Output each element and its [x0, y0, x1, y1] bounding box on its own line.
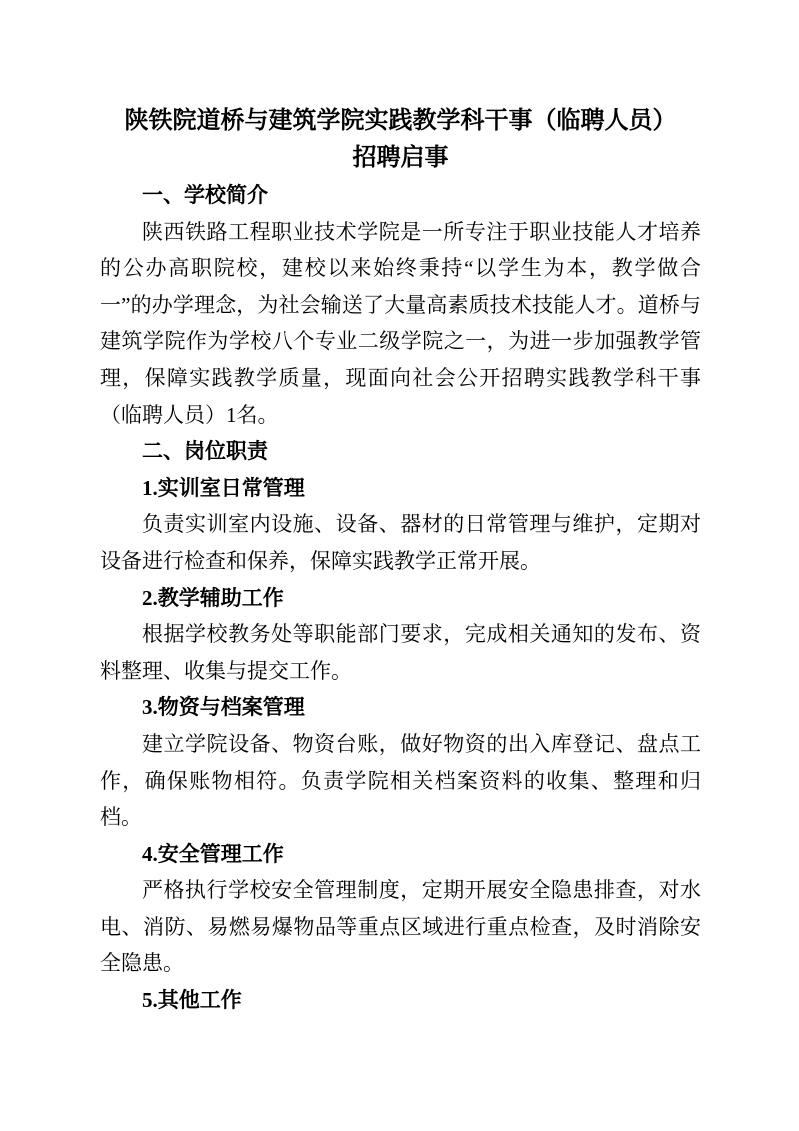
document-title: 陕铁院道桥与建筑学院实践教学科干事（临聘人员） 招聘启事 [100, 103, 701, 177]
duty-4-heading: 4.安全管理工作 [100, 836, 701, 873]
section-heading-job-duties: 二、岗位职责 [100, 433, 701, 470]
duty-4-paragraph: 严格执行学校安全管理制度，定期开展安全隐患排查，对水电、消防、易燃易爆物品等重点… [100, 872, 701, 982]
duty-1-heading: 1.实训室日常管理 [100, 470, 701, 507]
duty-2-heading: 2.教学辅助工作 [100, 580, 701, 617]
paragraph-school-intro: 陕西铁路工程职业技术学院是一所专注于职业技能人才培养的公办高职院校，建校以来始终… [100, 214, 701, 434]
duty-3-paragraph: 建立学院设备、物资台账，做好物资的出入库登记、盘点工作，确保账物相符。负责学院相… [100, 726, 701, 836]
duty-5-heading: 5.其他工作 [100, 982, 701, 1019]
duty-2-paragraph: 根据学校教务处等职能部门要求，完成相关通知的发布、资料整理、收集与提交工作。 [100, 616, 701, 689]
document-title-line-2: 招聘启事 [100, 140, 701, 177]
duty-3-heading: 3.物资与档案管理 [100, 689, 701, 726]
document-content: 陕铁院道桥与建筑学院实践教学科干事（临聘人员） 招聘启事 一、学校简介 陕西铁路… [100, 103, 701, 1019]
document-page: 陕铁院道桥与建筑学院实践教学科干事（临聘人员） 招聘启事 一、学校简介 陕西铁路… [0, 0, 799, 1131]
document-title-line-1: 陕铁院道桥与建筑学院实践教学科干事（临聘人员） [100, 103, 701, 140]
section-heading-school-intro: 一、学校简介 [100, 177, 701, 214]
duty-1-paragraph: 负责实训室内设施、设备、器材的日常管理与维护，定期对设备进行检查和保养，保障实践… [100, 506, 701, 579]
